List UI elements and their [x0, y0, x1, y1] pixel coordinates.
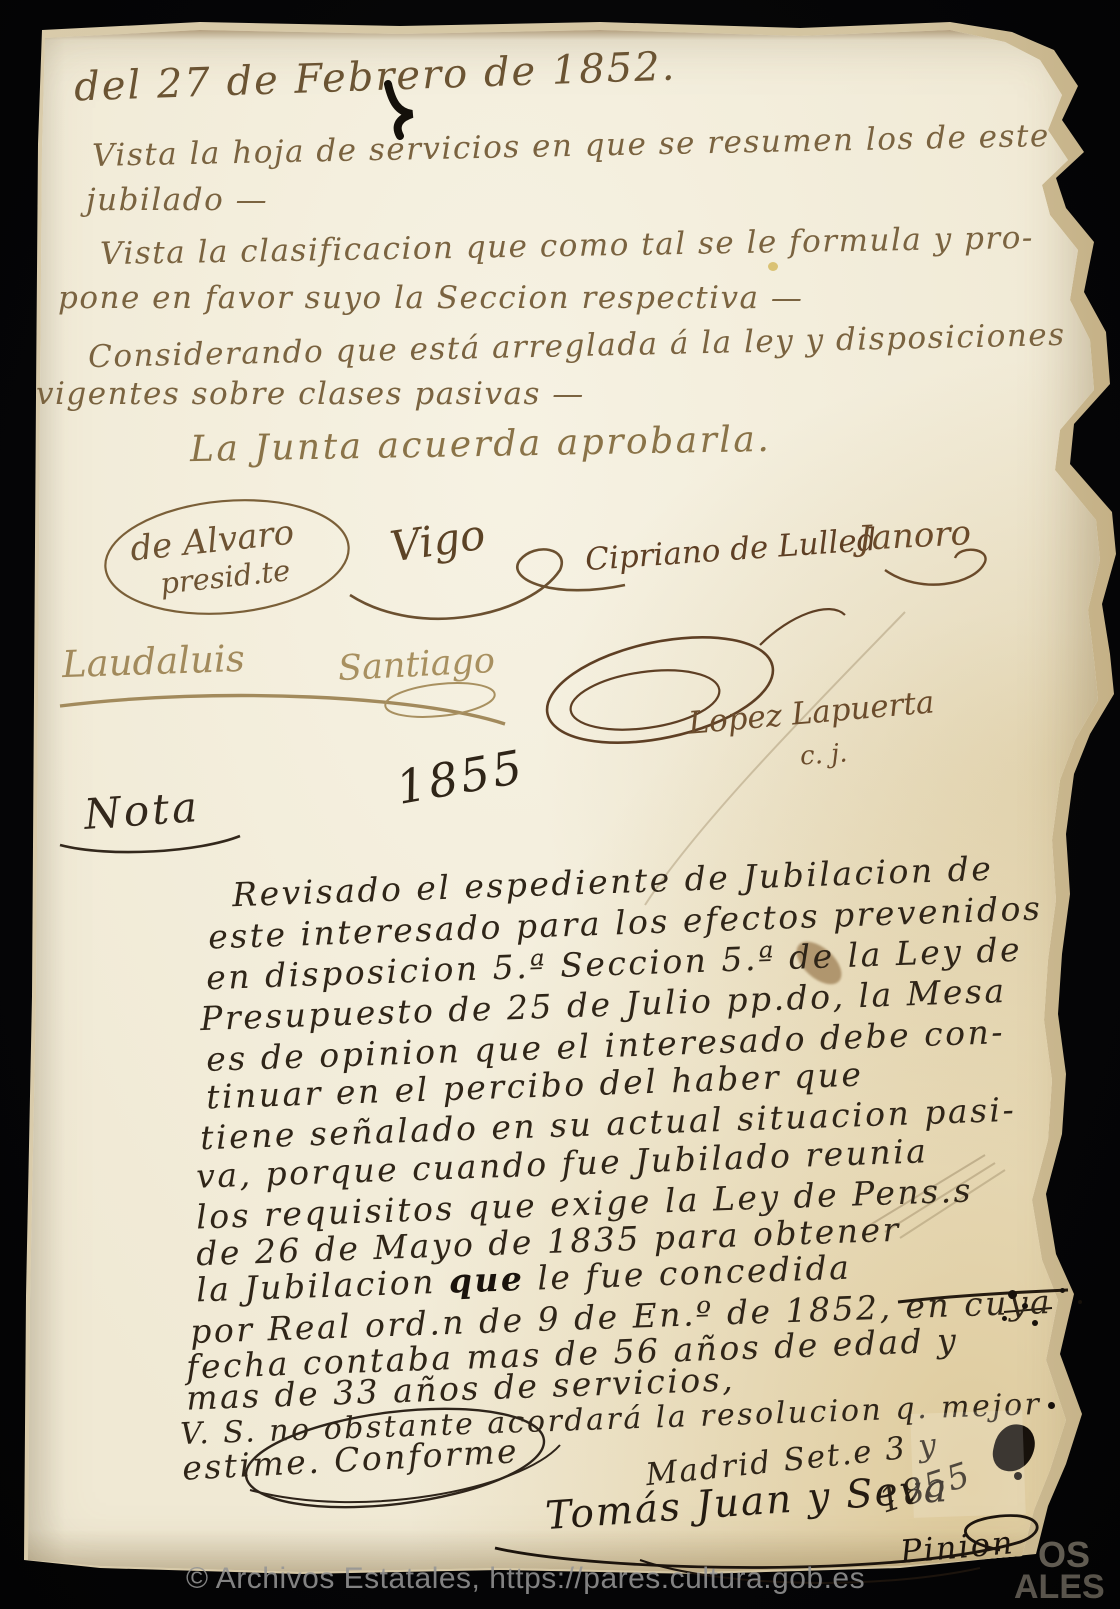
resolution-line: pone en favor suyo la Seccion respectiva… [58, 280, 803, 316]
signature-janoro: Janoro [857, 513, 972, 559]
signature-lopez-initials: c. j. [799, 738, 848, 771]
manuscript-scan: { "colors": { "background": "#050506", "… [0, 0, 1120, 1609]
ink-splatter-dot [1078, 1300, 1082, 1304]
ink-splatter-dot [1022, 1303, 1028, 1309]
ink-splatter-dot [1032, 1320, 1038, 1326]
note-label: Nota [82, 782, 201, 839]
resolution-line: vigentes sobre clases pasivas — [36, 376, 585, 412]
copyright-watermark: © Archivos Estatales, https://pares.cult… [186, 1562, 865, 1596]
signature-laudaluis: Laudaluis [61, 637, 245, 686]
ink-splatter-dot [1002, 1316, 1007, 1321]
pares-logo-watermark-box [910, 1410, 1026, 1518]
resolution-line: jubilado — [86, 182, 268, 218]
ink-splatter-dot [1048, 1402, 1055, 1409]
ink-splatter-dot [1008, 1290, 1017, 1299]
ink-splatter-dot [1060, 1288, 1065, 1293]
note-body-emphasized-word: que [448, 1259, 525, 1301]
signature-santiago: Santiago [337, 641, 496, 689]
corner-watermark-text: ALES [1014, 1568, 1105, 1607]
yellow-age-spot [768, 262, 778, 271]
